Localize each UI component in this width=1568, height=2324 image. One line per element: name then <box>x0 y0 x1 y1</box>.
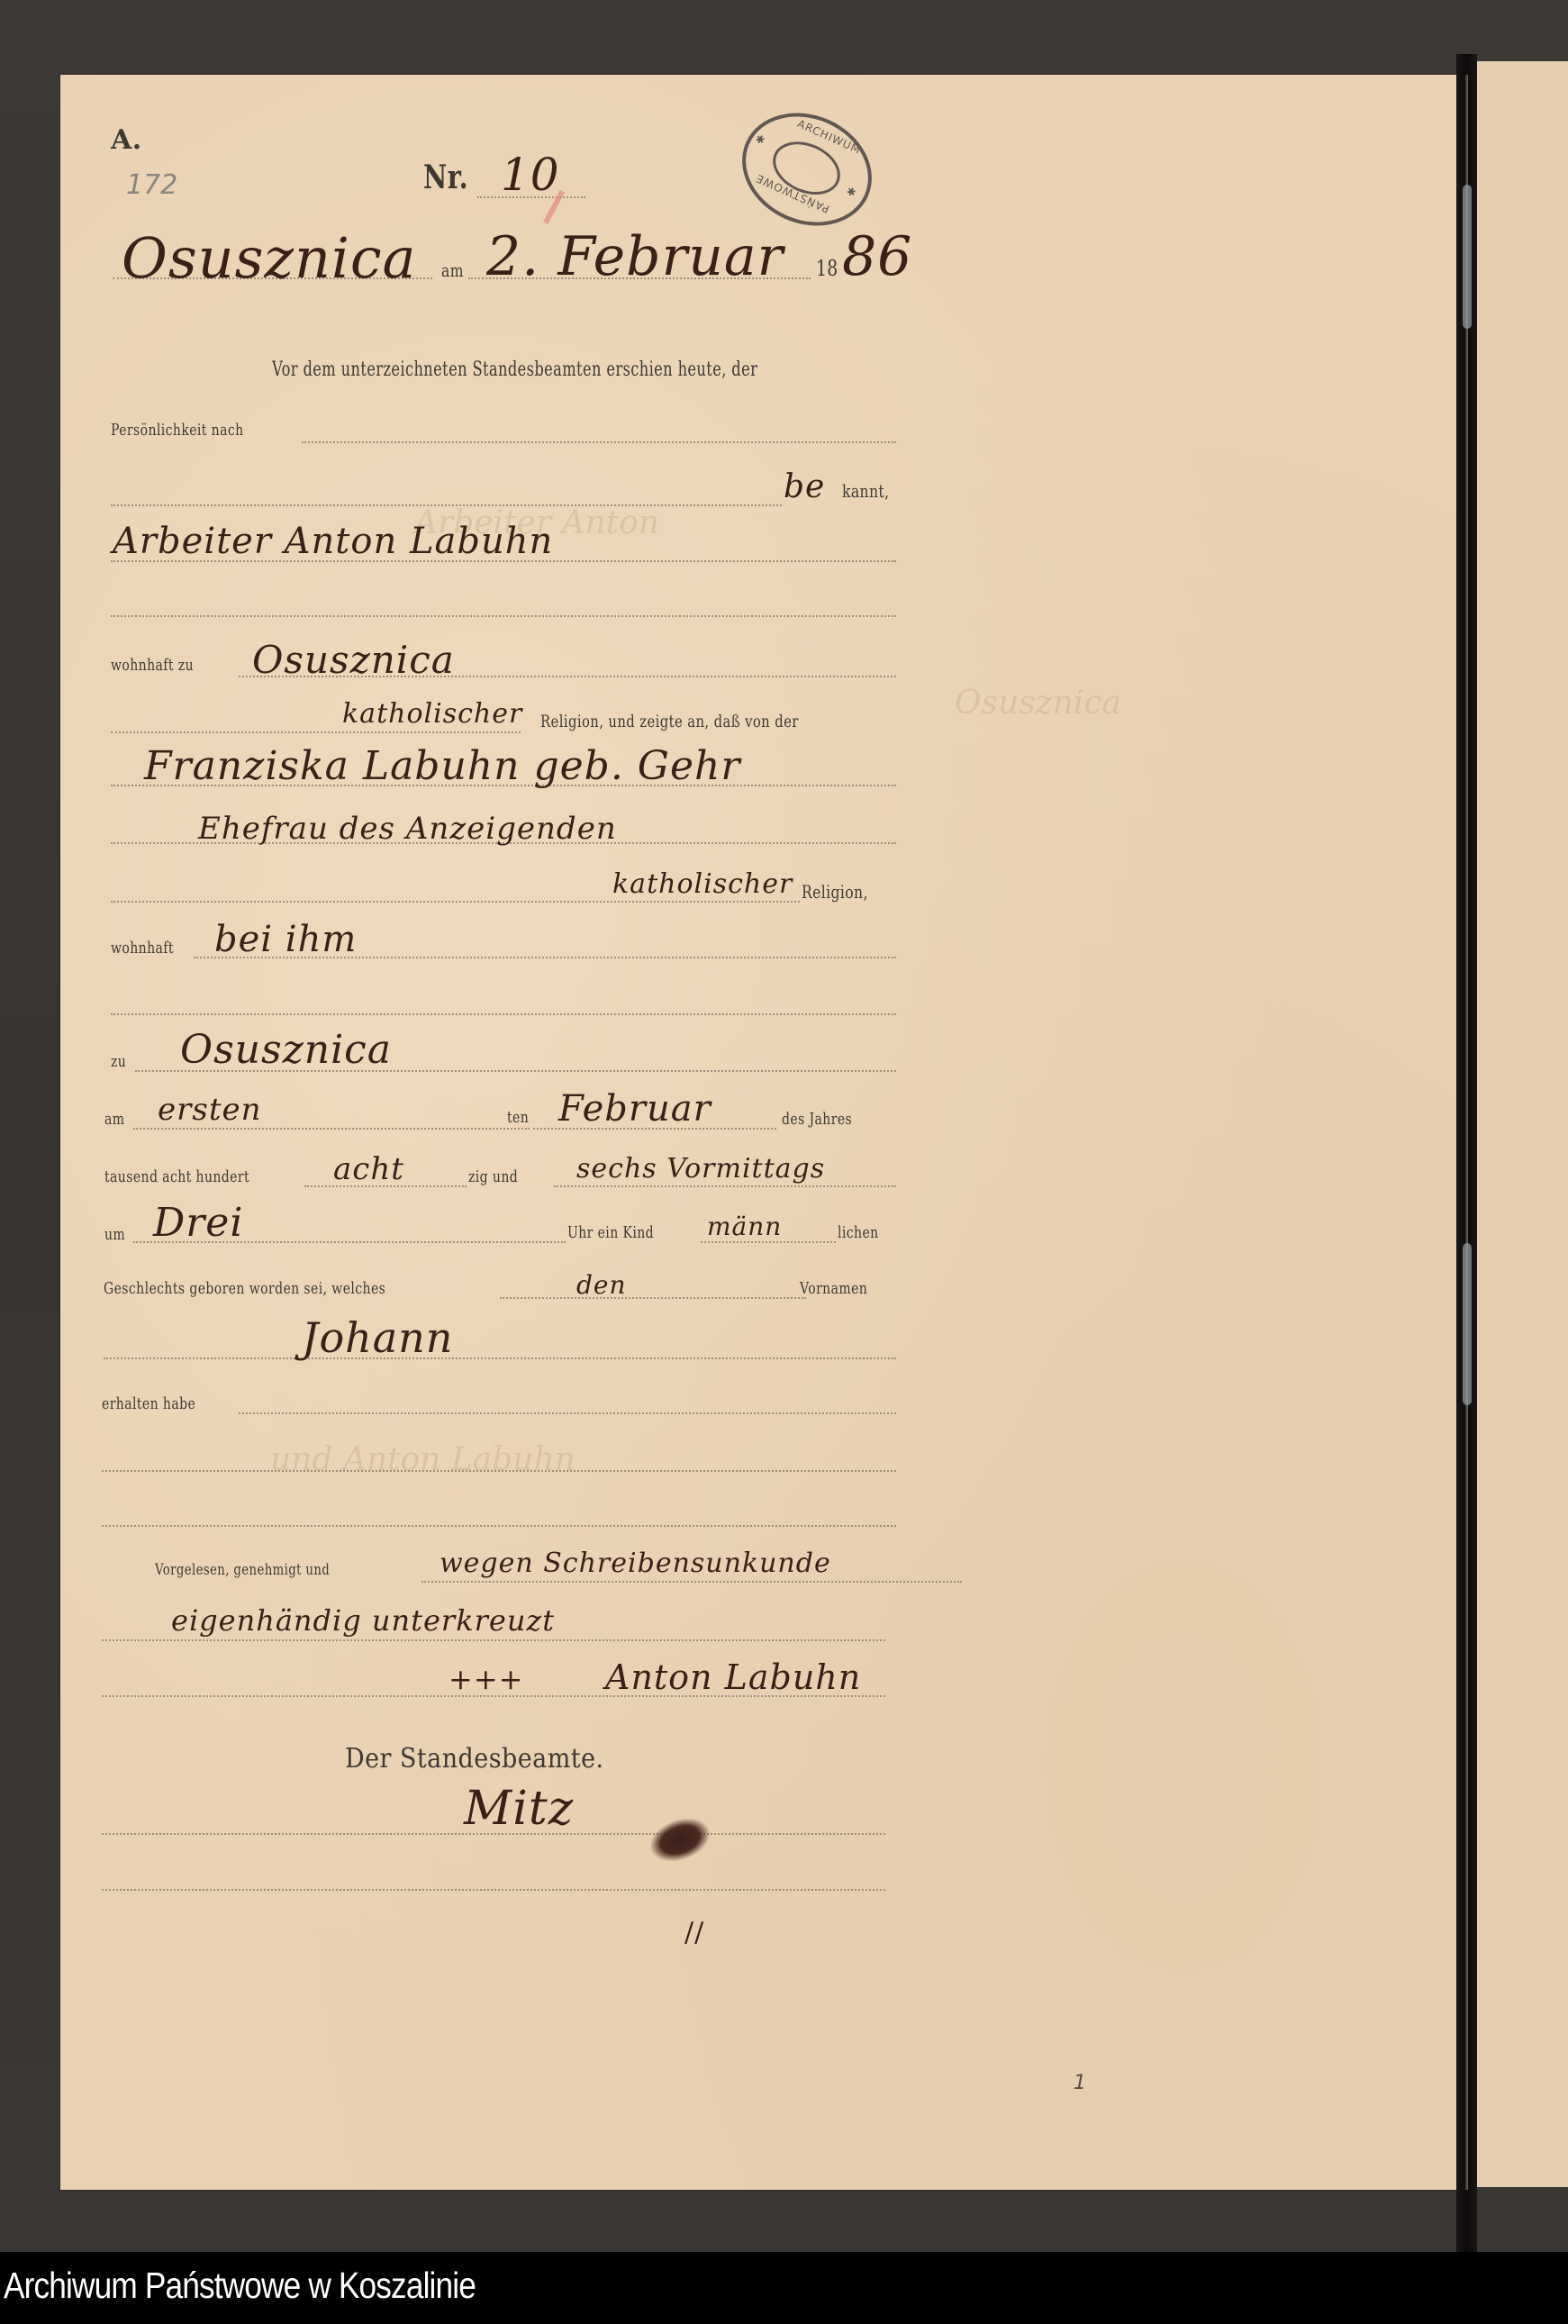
child-sex-value: männ <box>707 1212 782 1241</box>
paper-tear <box>1463 1243 1472 1405</box>
mother-name: Franziska Labuhn geb. Gehr <box>144 743 740 789</box>
number-label: Nr. <box>423 159 468 196</box>
residence-value: Osusznica <box>252 638 455 682</box>
child-label: Uhr ein Kind <box>567 1223 654 1242</box>
birth-day-label: am <box>104 1110 124 1129</box>
birth-place-value: Osusznica <box>180 1027 392 1073</box>
known-prefix: be <box>784 468 825 505</box>
blank-line <box>111 1013 896 1015</box>
child-name: Johann <box>302 1313 453 1362</box>
archive-caption: Archiwum Państwowe w Koszalinie <box>4 2265 476 2307</box>
star-icon: ✱ <box>845 185 858 200</box>
name-label: Vornamen <box>800 1279 867 1298</box>
place-label: zu <box>111 1052 126 1071</box>
read-value-2: eigenhändig unterkreuzt <box>171 1603 555 1638</box>
cross-marks: +++ <box>449 1662 523 1696</box>
child-sex-suffix: lichen <box>838 1223 879 1242</box>
year-written: 86 <box>842 225 912 288</box>
page-mark: 1 <box>1074 2072 1086 2094</box>
informant-signature: Anton Labuhn <box>605 1657 861 1697</box>
birth-year-label: des Jahres <box>782 1110 852 1129</box>
blank-line <box>102 1889 885 1891</box>
known-suffix: kannt, <box>842 480 889 502</box>
birth-day-suffix: ten <box>507 1108 529 1127</box>
birth-day-line <box>133 1128 530 1130</box>
known-line <box>111 504 782 506</box>
mother-residence-value: bei ihm <box>214 919 357 960</box>
read-value-1: wegen Schreibensunkunde <box>440 1548 831 1579</box>
identity-label: Persönlichkeit nach <box>111 421 244 440</box>
religion-text: Religion, und zeigte an, daß von der <box>540 712 799 731</box>
ink-marks: // <box>684 1917 704 1948</box>
number-value: 10 <box>501 149 560 201</box>
religion-line <box>111 731 521 733</box>
time-label: um <box>104 1225 125 1244</box>
blank-line <box>111 615 896 617</box>
pencil-number: 172 <box>126 169 177 201</box>
received-line <box>239 1412 896 1414</box>
registrar-signature: Mitz <box>464 1782 574 1836</box>
blank-line <box>102 1470 896 1472</box>
residence-label: wohnhaft zu <box>111 656 194 675</box>
year-decade-suffix: zig und <box>468 1167 518 1186</box>
year-decade-value: acht <box>333 1151 404 1187</box>
date-prefix: am <box>441 259 464 281</box>
child-name-line <box>104 1357 896 1359</box>
registrar-label: Der Standesbeamte. <box>345 1743 604 1775</box>
informant-name: Arbeiter Anton Labuhn <box>113 521 553 562</box>
mother-relation: Ehefrau des Anzeigenden <box>198 811 617 847</box>
date-value: 2. Februar <box>486 225 784 288</box>
identity-line <box>302 441 896 443</box>
blank-line <box>102 1525 896 1527</box>
mother-residence-label: wohnhaft <box>111 939 174 958</box>
religion-value: katholischer <box>342 698 522 730</box>
bleed-through-text: und Anton Labuhn <box>270 1441 576 1478</box>
article-line <box>500 1297 806 1299</box>
year-unit-value: sechs Vormittags <box>576 1153 825 1185</box>
child-sex-line <box>701 1241 836 1243</box>
paper-tear <box>1463 185 1472 329</box>
read-line <box>421 1581 962 1583</box>
received-label: erhalten habe <box>102 1394 195 1413</box>
read-label: Vorgelesen, genehmigt und <box>155 1561 330 1579</box>
form-letter: A. <box>111 124 142 156</box>
birth-day-value: ersten <box>158 1092 262 1128</box>
intro-text: Vor dem unterzeichneten Standesbeamten e… <box>272 359 757 381</box>
birth-month-value: Februar <box>558 1088 711 1130</box>
mother-religion-line <box>111 901 800 903</box>
document-page <box>60 75 1465 2190</box>
bleed-through-text: Osusznica <box>955 685 1121 722</box>
gender-line-text: Geschlechts geboren worden sei, welches <box>104 1279 385 1298</box>
facing-page-edge <box>1477 61 1568 2187</box>
star-icon: ✱ <box>754 132 767 148</box>
year-words-label: tausend acht hundert <box>104 1167 249 1186</box>
time-value: Drei <box>153 1200 243 1246</box>
read-line-2 <box>102 1639 885 1641</box>
mother-religion-label: Religion, <box>802 881 868 903</box>
fold-crease <box>1465 75 1468 2190</box>
year-unit-line <box>554 1185 896 1187</box>
article-value: den <box>576 1270 627 1300</box>
place-value: Osusznica <box>122 225 417 291</box>
year-printed: 18 <box>816 256 838 281</box>
mother-religion-value: katholischer <box>612 868 793 900</box>
